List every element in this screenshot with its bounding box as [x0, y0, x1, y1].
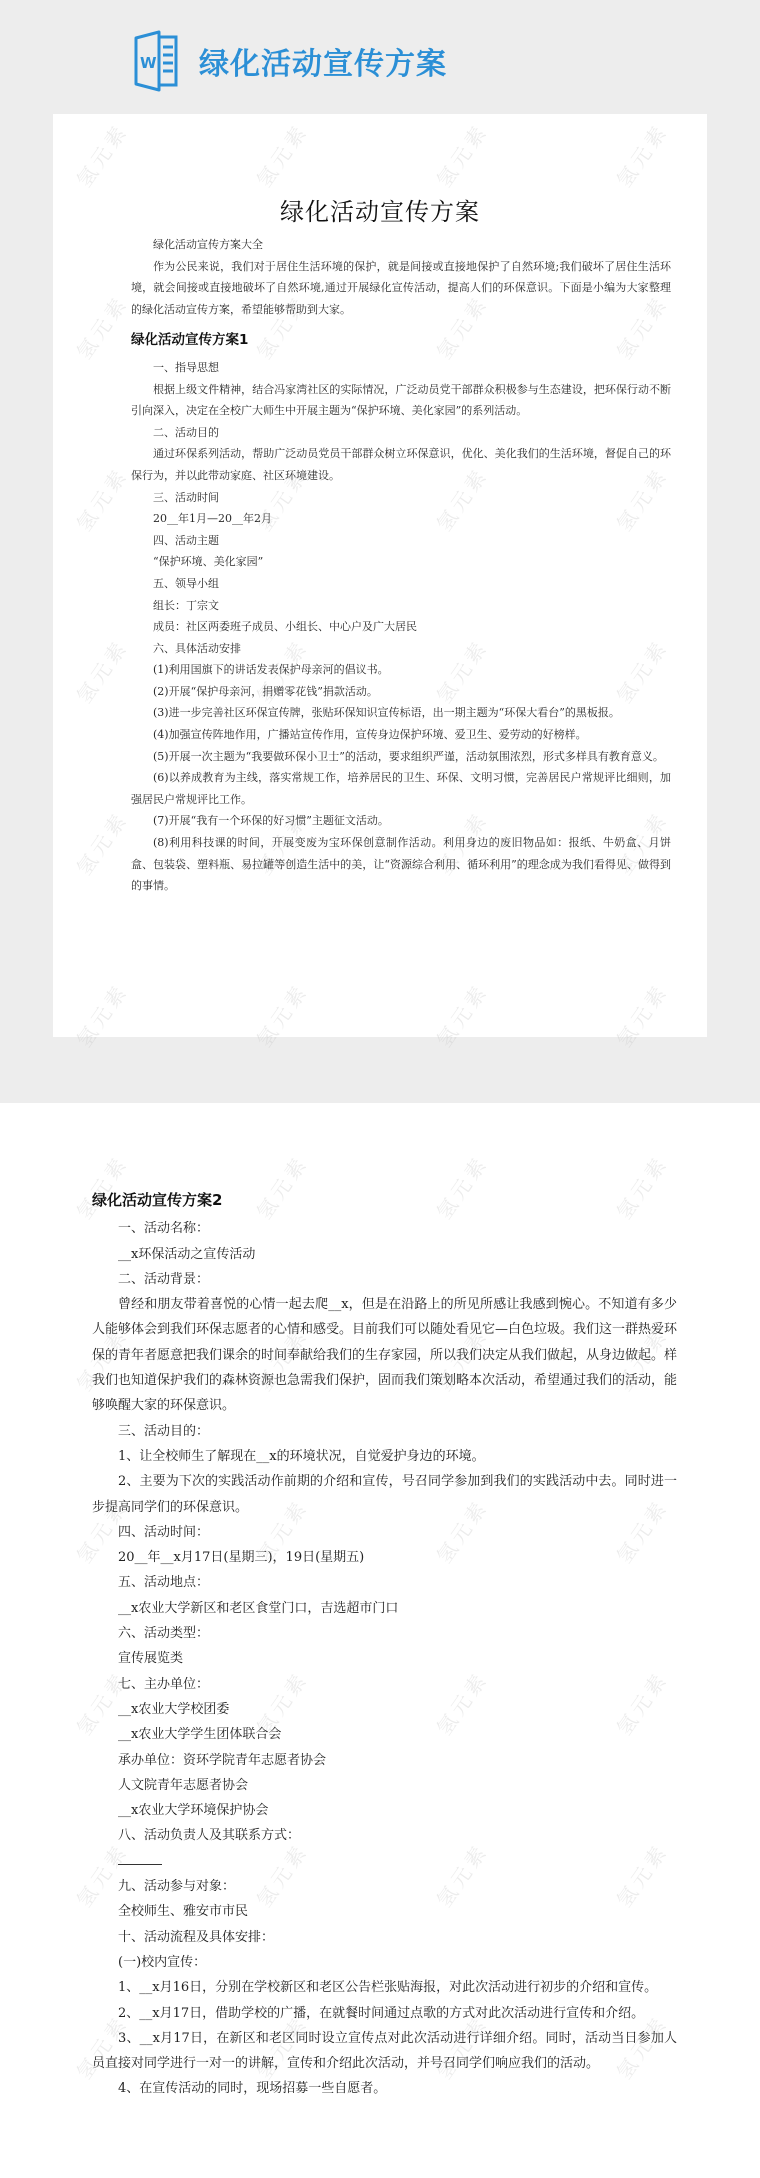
- list-item: 4、在宣传活动的同时，现场招募一些自愿者。: [92, 2076, 677, 2101]
- list-item: (6)以养成教育为主线，落实常规工作，培养居民的卫生、环保、文明习惯，完善居民户…: [131, 767, 671, 810]
- paragraph: 全校师生、雅安市市民: [92, 1899, 677, 1924]
- paragraph: 20__年__x月17日(星期三)，19日(星期五): [92, 1545, 677, 1570]
- paragraph: 九、活动参与对象：: [92, 1874, 677, 1899]
- blank-underline: [118, 1852, 162, 1865]
- paragraph: 三、活动时间: [131, 487, 671, 509]
- paragraph: 三、活动目的：: [92, 1419, 677, 1444]
- paragraph: 四、活动时间：: [92, 1520, 677, 1545]
- section-heading-1: 绿化活动宣传方案1: [131, 330, 671, 352]
- list-item: (1)利用国旗下的讲话发表保护母亲河的倡议书。: [131, 659, 671, 681]
- paragraph: 通过环保系列活动，帮助广泛动员党员干部群众树立环保意识，优化、美化我们的生活环境…: [131, 443, 671, 486]
- list-item: 3、__x月17日，在新区和老区同时设立宣传点对此次活动进行详细介绍。同时，活动…: [92, 2026, 677, 2077]
- list-item: (5)开展一次主题为“我要做环保小卫士”的活动，要求组织严谨，活动氛围浓烈，形式…: [131, 746, 671, 768]
- list-item: (4)加强宣传阵地作用，广播站宣传作用，宣传身边保护环境、爱卫生、爱劳动的好榜样…: [131, 724, 671, 746]
- paragraph: 八、活动负责人及其联系方式：: [92, 1823, 677, 1848]
- paragraph: __x农业大学学生团体联合会: [92, 1722, 677, 1747]
- paragraph: 2、主要为下次的实践活动作前期的介绍和宣传，号召同学参加到我们的实践活动中去。同…: [92, 1469, 677, 1520]
- contact-blank-line: [92, 1849, 677, 1874]
- page-1-body: 绿化活动宣传方案大全 作为公民来说，我们对于居住生活环境的保护，就是间接或直接地…: [131, 234, 671, 897]
- paragraph: 曾经和朋友带着喜悦的心情一起去爬__x，但是在沿路上的所见所感让我感到惋心。不知…: [92, 1292, 677, 1418]
- header-title: 绿化活动宣传方案: [199, 39, 447, 83]
- document-header: W 绿化活动宣传方案: [133, 30, 447, 92]
- paragraph: 承办单位：资环学院青年志愿者协会: [92, 1748, 677, 1773]
- list-item: 1、__x月16日，分别在学校新区和老区公告栏张贴海报，对此次活动进行初步的介绍…: [92, 1975, 677, 2000]
- list-item: (2)开展“保护母亲河，捐赠零花钱”捐款活动。: [131, 681, 671, 703]
- document-page-1: 绿化活动宣传方案 绿化活动宣传方案大全 作为公民来说，我们对于居住生活环境的保护…: [53, 114, 707, 1037]
- paragraph: __x农业大学环境保护协会: [92, 1798, 677, 1823]
- section-heading-2: 绿化活动宣传方案2: [92, 1188, 677, 1213]
- paragraph: 1、让全校师生了解现在__x的环境状况，自觉爱护身边的环境。: [92, 1444, 677, 1469]
- paragraph: 七、主办单位：: [92, 1672, 677, 1697]
- intro-subtitle: 绿化活动宣传方案大全: [131, 234, 671, 256]
- paragraph: 十、活动流程及具体安排：: [92, 1925, 677, 1950]
- paragraph: 组长：丁宗文: [131, 595, 671, 617]
- paragraph: __x环保活动之宣传活动: [92, 1242, 677, 1267]
- document-page-2: 绿化活动宣传方案2 一、活动名称： __x环保活动之宣传活动 二、活动背景： 曾…: [92, 1188, 677, 2102]
- paragraph: 人文院青年志愿者协会: [92, 1773, 677, 1798]
- paragraph: “保护环境、美化家园”: [131, 551, 671, 573]
- paragraph: (一)校内宣传：: [92, 1950, 677, 1975]
- intro-paragraph: 作为公民来说，我们对于居住生活环境的保护，就是间接或直接地保护了自然环境;我们破…: [131, 256, 671, 321]
- paragraph: 一、指导思想: [131, 357, 671, 379]
- word-document-icon: W: [133, 30, 179, 92]
- list-item: (3)进一步完善社区环保宣传牌，张贴环保知识宣传标语，出一期主题为“环保大看台”…: [131, 702, 671, 724]
- paragraph: __x农业大学新区和老区食堂门口，吉选超市门口: [92, 1596, 677, 1621]
- paragraph: 四、活动主题: [131, 530, 671, 552]
- paragraph: 20__年1月—20__年2月: [131, 508, 671, 530]
- paragraph: __x农业大学校团委: [92, 1697, 677, 1722]
- document-title: 绿化活动宣传方案: [53, 192, 707, 227]
- paragraph: 根据上级文件精神，结合冯家湾社区的实际情况，广泛动员党干部群众积极参与生态建设，…: [131, 379, 671, 422]
- paragraph: 二、活动目的: [131, 422, 671, 444]
- paragraph: 六、活动类型：: [92, 1621, 677, 1646]
- paragraph: 二、活动背景：: [92, 1267, 677, 1292]
- paragraph: 成员：社区两委班子成员、小组长、中心户及广大居民: [131, 616, 671, 638]
- paragraph: 五、活动地点：: [92, 1570, 677, 1595]
- list-item: 2、__x月17日，借助学校的广播，在就餐时间通过点歌的方式对此次活动进行宣传和…: [92, 2001, 677, 2026]
- svg-text:W: W: [140, 54, 157, 72]
- paragraph: 五、领导小组: [131, 573, 671, 595]
- paragraph: 宣传展览类: [92, 1646, 677, 1671]
- list-item: (8)利用科技课的时间，开展变废为宝环保创意制作活动。利用身边的废旧物品如：报纸…: [131, 832, 671, 897]
- paragraph: 六、具体活动安排: [131, 638, 671, 660]
- paragraph: 一、活动名称：: [92, 1216, 677, 1241]
- list-item: (7)开展“我有一个环保的好习惯”主题征文活动。: [131, 810, 671, 832]
